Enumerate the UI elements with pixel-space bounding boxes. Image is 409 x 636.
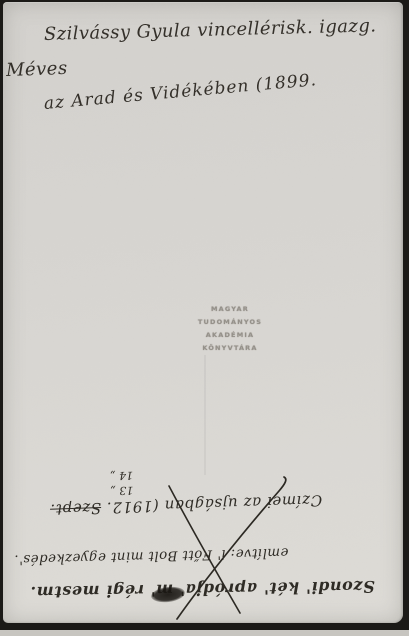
stamp-line-3: KÖNYVTÁRA — [172, 342, 288, 355]
stamp-line-1: MAGYAR — [172, 303, 288, 316]
inverted-issue-numbers: 13 „ 14 „ — [110, 468, 134, 498]
stamp-line-2: TUDOMÁNYOS AKADÉMIA — [172, 316, 288, 342]
paper-fold-shadow — [204, 355, 206, 475]
handwritten-line-meves: Méves — [6, 58, 68, 81]
scanned-page: Szilvássy Gyula vincellérisk. igazg. Mév… — [0, 0, 409, 636]
scanner-background-strip — [0, 630, 409, 636]
library-stamp: MAGYAR TUDOMÁNYOS AKADÉMIA KÖNYVTÁRA — [172, 303, 288, 355]
inverted-note-struck-word: Szept. — [50, 499, 102, 519]
